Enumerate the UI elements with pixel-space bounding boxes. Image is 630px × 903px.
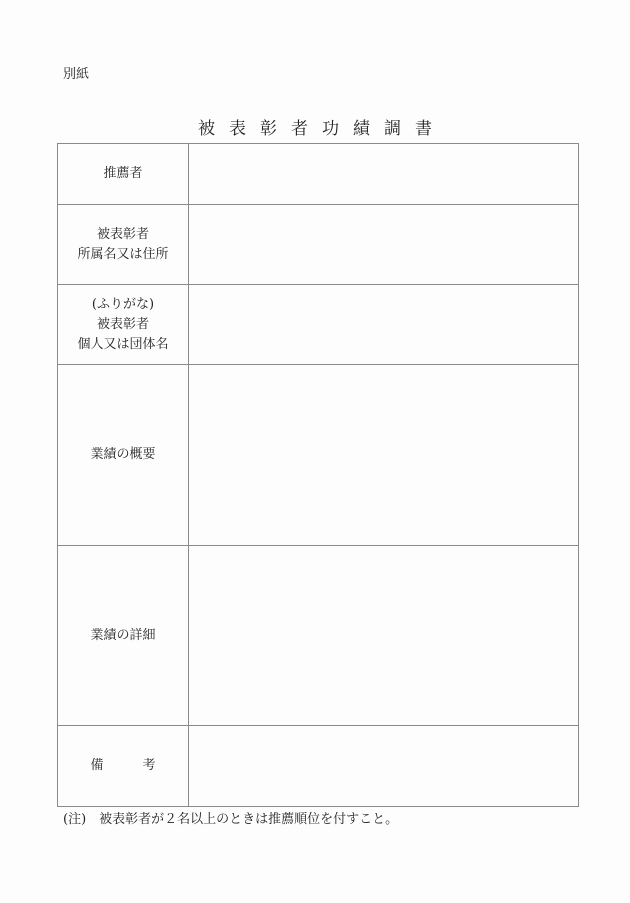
title-char: 書 bbox=[415, 119, 432, 139]
title-char: 彰 bbox=[260, 119, 277, 139]
label-recommender: 推薦者 bbox=[58, 144, 189, 205]
field-details[interactable] bbox=[189, 546, 579, 726]
label-summary: 業績の概要 bbox=[58, 365, 189, 546]
label-name: (ふりがな) 被表彰者 個人又は団体名 bbox=[58, 285, 189, 365]
footnote: (注) 被表彰者が２名以上のときは推薦順位を付すこと。 bbox=[63, 808, 398, 827]
label-affiliation: 被表彰者 所属名又は住所 bbox=[58, 205, 189, 285]
label-line: (ふりがな) bbox=[58, 295, 188, 315]
label-line: 被表彰者 bbox=[58, 225, 188, 245]
label-remarks: 備 考 bbox=[58, 726, 189, 807]
label-line: 業績の詳細 bbox=[58, 626, 188, 646]
label-line: 推薦者 bbox=[58, 164, 188, 184]
field-summary[interactable] bbox=[189, 365, 579, 546]
field-affiliation[interactable] bbox=[189, 205, 579, 285]
title-char: 功 bbox=[322, 119, 339, 139]
attachment-label: 別紙 bbox=[63, 63, 89, 82]
row-affiliation: 被表彰者 所属名又は住所 bbox=[58, 205, 579, 285]
title-char: 績 bbox=[353, 119, 370, 139]
label-details: 業績の詳細 bbox=[58, 546, 189, 726]
label-line: 業績の概要 bbox=[58, 445, 188, 465]
field-name[interactable] bbox=[189, 285, 579, 365]
title-char: 被 bbox=[198, 119, 215, 139]
merit-form-table: 推薦者 被表彰者 所属名又は住所 (ふりがな) 被表彰者 個人又は団体名 業績の… bbox=[57, 143, 579, 807]
field-remarks[interactable] bbox=[189, 726, 579, 807]
label-line: 所属名又は住所 bbox=[58, 245, 188, 265]
title-char: 者 bbox=[291, 119, 308, 139]
row-details: 業績の詳細 bbox=[58, 546, 579, 726]
title-char: 調 bbox=[384, 119, 401, 139]
document-title: 被表彰者功績調書 bbox=[0, 114, 630, 139]
row-remarks: 備 考 bbox=[58, 726, 579, 807]
label-line: 被表彰者 bbox=[58, 315, 188, 335]
field-recommender[interactable] bbox=[189, 144, 579, 205]
title-char: 表 bbox=[229, 119, 246, 139]
row-summary: 業績の概要 bbox=[58, 365, 579, 546]
label-line: 個人又は団体名 bbox=[58, 335, 188, 355]
row-recommender: 推薦者 bbox=[58, 144, 579, 205]
row-name: (ふりがな) 被表彰者 個人又は団体名 bbox=[58, 285, 579, 365]
label-line: 備 考 bbox=[58, 756, 188, 776]
